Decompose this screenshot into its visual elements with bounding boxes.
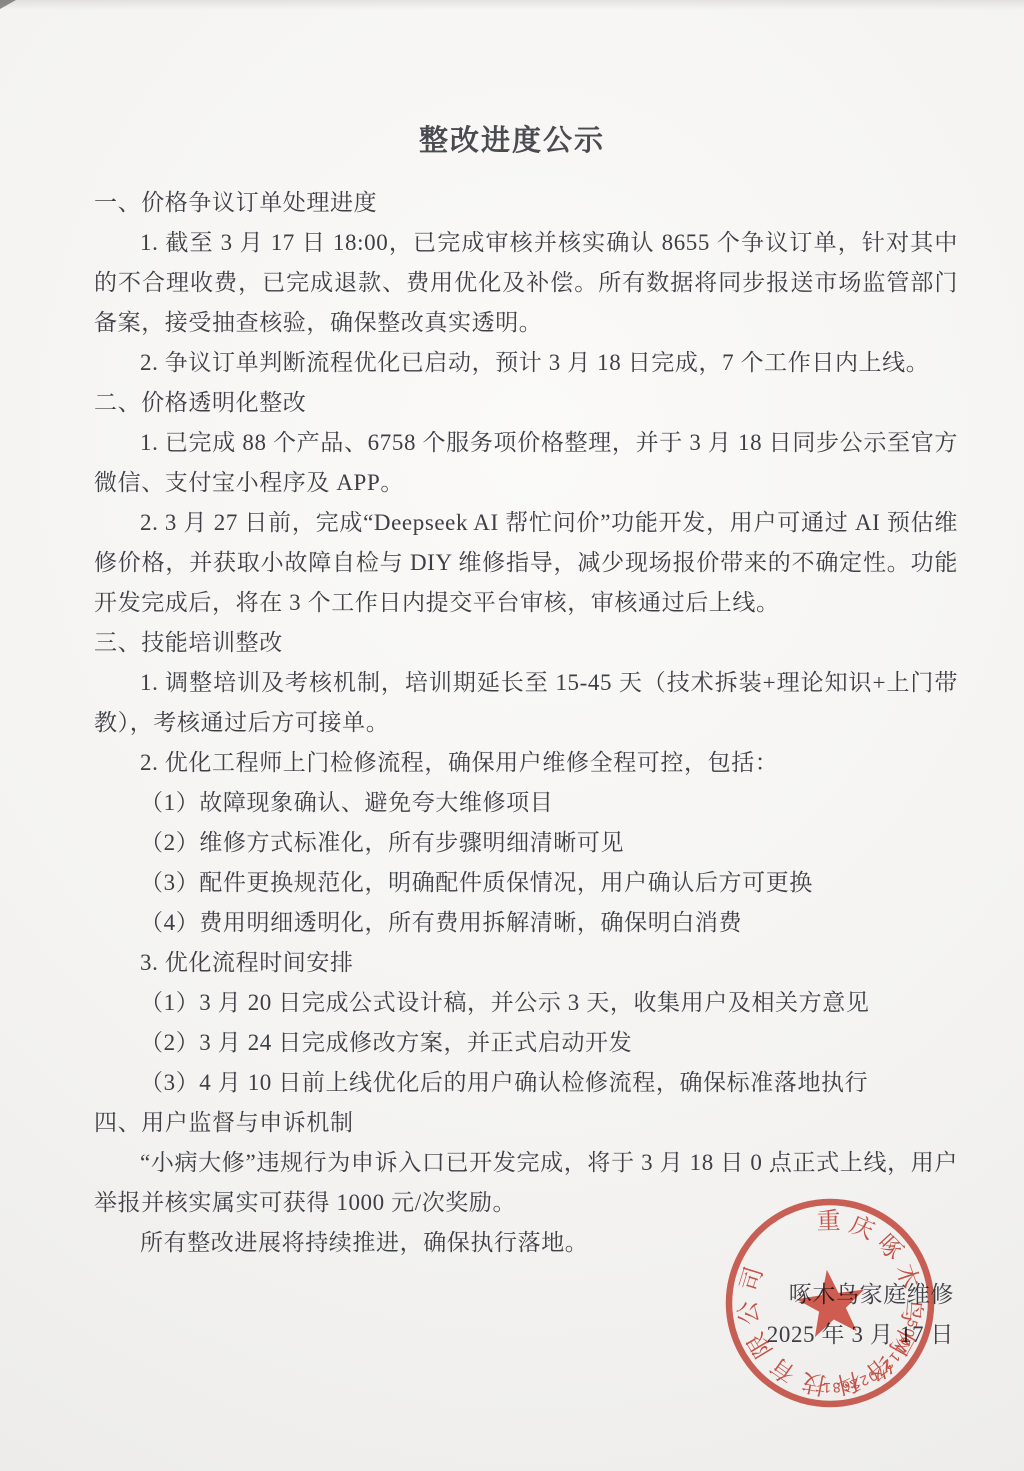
paragraph: 2. 优化工程师上门检修流程，确保用户维修全程可控，包括：	[94, 743, 958, 783]
paragraph: （2）3 月 24 日完成修改方案，并正式启动开发	[94, 1023, 958, 1063]
document-body: 一、价格争议订单处理进度1. 截至 3 月 17 日 18:00，已完成审核并核…	[94, 183, 958, 1263]
svg-text:2: 2	[858, 1372, 872, 1390]
svg-text:有: 有	[766, 1352, 801, 1388]
svg-text:技: 技	[800, 1367, 829, 1398]
paragraph: （2）维修方式标准化，所有步骤明细清晰可见	[94, 823, 958, 863]
paragraph: 1. 已完成 88 个产品、6758 个服务项价格整理，并于 3 月 18 日同…	[94, 423, 958, 503]
paragraph: （3）配件更换规范化，明确配件质保情况，用户确认后方可更换	[94, 863, 958, 903]
paragraph: 二、价格透明化整改	[94, 383, 958, 423]
paragraph: （3）4 月 10 日前上线优化后的用户确认检修流程，确保标准落地执行	[94, 1063, 958, 1103]
paragraph: 3. 优化流程时间安排	[94, 943, 958, 983]
photo-edge-shadow	[0, 0, 1024, 10]
paragraph: 三、技能培训整改	[94, 623, 958, 663]
paragraph: 2. 3 月 27 日前，完成“Deepseek AI 帮忙问价”功能开发，用户…	[94, 503, 958, 623]
svg-text:7: 7	[873, 1362, 889, 1380]
paragraph: 1. 调整培训及考核机制，培训期延长至 15-45 天（技术拆装+理论知识+上门…	[94, 663, 958, 743]
paragraph: （4）费用明细透明化，所有费用拆解清晰，确保明白消费	[94, 903, 958, 943]
page-title: 整改进度公示	[0, 0, 1024, 159]
svg-text:1: 1	[823, 1380, 832, 1396]
svg-text:络: 络	[861, 1350, 896, 1386]
svg-text:0: 0	[866, 1367, 881, 1385]
paragraph: （1）故障现象确认、避免夸大维修项目	[94, 783, 958, 823]
paragraph: “小病大修”违规行为申诉入口已开发完成，将于 3 月 18 日 0 点正式上线，…	[94, 1143, 958, 1223]
signature-line: 啄木鸟家庭维修	[0, 1275, 954, 1315]
signature-block: 啄木鸟家庭维修 2025 年 3 月 17 日	[0, 1275, 954, 1355]
svg-text:科: 科	[834, 1367, 863, 1399]
svg-text:6: 6	[841, 1378, 852, 1395]
svg-text:2: 2	[849, 1375, 861, 1393]
svg-text:2: 2	[880, 1356, 897, 1373]
date-line: 2025 年 3 月 17 日	[0, 1315, 954, 1355]
paragraph: 1. 截至 3 月 17 日 18:00，已完成审核并核实确认 8655 个争议…	[94, 223, 958, 343]
document-page: 整改进度公示 一、价格争议订单处理进度1. 截至 3 月 17 日 18:00，…	[0, 0, 1024, 1471]
paragraph: 一、价格争议订单处理进度	[94, 183, 958, 223]
paragraph: 所有整改进展将持续推进，确保执行落地。	[94, 1223, 958, 1263]
corner-smudge	[0, 0, 16, 9]
svg-text:8: 8	[832, 1379, 841, 1396]
paragraph: （1）3 月 20 日完成公式设计稿，并公示 3 天，收集用户及相关方意见	[94, 983, 958, 1023]
paragraph: 四、用户监督与申诉机制	[94, 1103, 958, 1143]
paragraph: 2. 争议订单判断流程优化已启动，预计 3 月 18 日完成，7 个工作日内上线…	[94, 343, 958, 383]
